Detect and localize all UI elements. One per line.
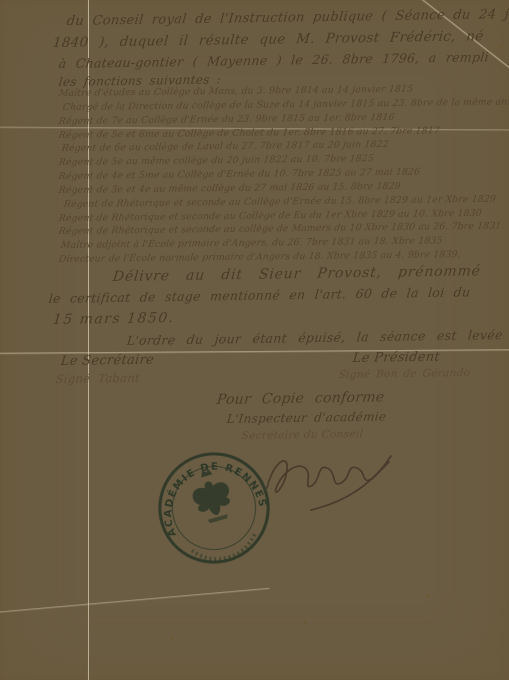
- opening-line: du Conseil royal de l'Instruction publiq…: [66, 6, 509, 29]
- signature-underline: [311, 456, 391, 510]
- opening-line: à Chateau-gontier ( Mayenne ) le 26. 8br…: [58, 49, 490, 71]
- president-signed: Signé Bon de Gérando: [338, 367, 471, 381]
- bottom-crease: [0, 588, 270, 614]
- foxing-speck: [303, 621, 306, 624]
- president-title: Le Président: [352, 350, 441, 366]
- foxing-speck: [427, 595, 430, 598]
- foxing-speck: [170, 636, 173, 639]
- inspector-signature: [253, 436, 418, 524]
- foxing-speck: [455, 300, 458, 303]
- signature-stroke: [267, 461, 389, 492]
- certification-line: L'Inspecteur d'académie: [226, 409, 387, 426]
- secretary-title: Le Secrétaire: [60, 353, 155, 369]
- delivery-line: le certificat de stage mentionné en l'ar…: [48, 284, 471, 306]
- delivery-line: 15 mars 1850.: [52, 310, 175, 328]
- opening-line: 1840 ), duquel il résulte que M. Provost…: [52, 28, 484, 51]
- service-record-list: Maître d'études au Collège du Mans, du 3…: [58, 87, 508, 267]
- secretary-signed: Signé Tabant: [55, 371, 141, 386]
- certification-line: Pour Copie conforme: [216, 389, 385, 408]
- closing-line: L'ordre du jour étant épuisé, la séance …: [126, 327, 504, 348]
- foxing-speck: [499, 46, 502, 49]
- manuscript-page: du Conseil royal de l'Instruction publiq…: [0, 0, 509, 680]
